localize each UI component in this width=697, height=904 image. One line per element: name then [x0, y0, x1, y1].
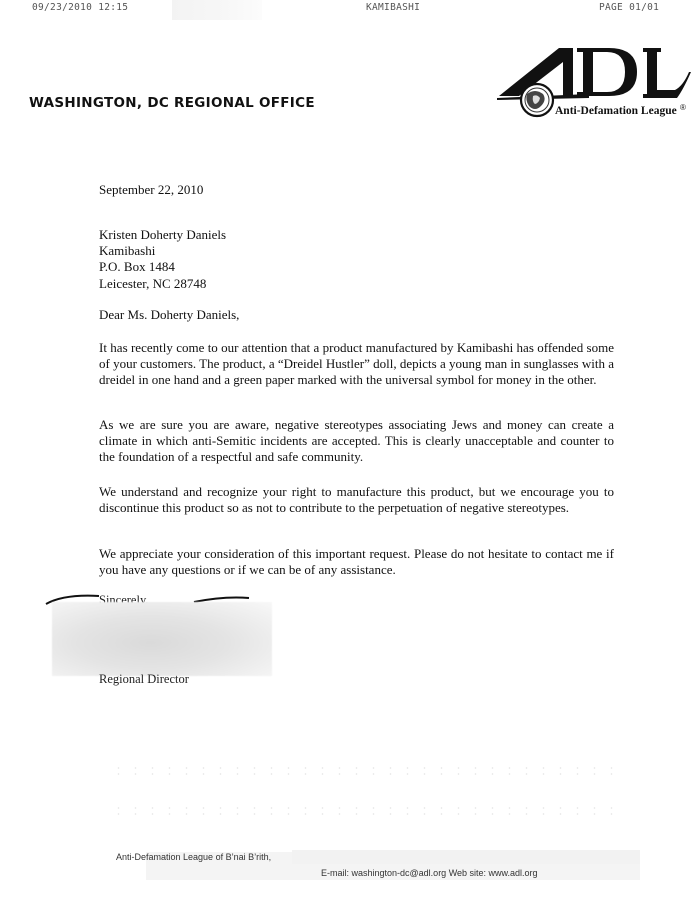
recipient-po-box: P.O. Box 1484: [99, 259, 614, 275]
fax-sender: KAMIBASHI: [366, 2, 420, 13]
signer-title: Regional Director: [99, 672, 189, 687]
redacted-fax-number: [172, 0, 262, 20]
adl-globe-logo-icon: Anti-Defamation League ®: [497, 42, 692, 122]
adl-logo: Anti-Defamation League ®: [497, 42, 692, 122]
body-paragraph-2: As we are sure you are aware, negative s…: [99, 417, 614, 466]
redacted-signature: [52, 602, 272, 676]
footer-organization: Anti-Defamation League of B’nai B’rith,: [116, 852, 271, 862]
svg-text:Anti-Defamation League: Anti-Defamation League: [555, 105, 677, 117]
recipient-address: Kristen Doherty Daniels Kamibashi P.O. B…: [99, 227, 614, 292]
recipient-city-state-zip: Leicester, NC 28748: [99, 276, 614, 292]
body-paragraph-3: We understand and recognize your right t…: [99, 484, 614, 516]
salutation: Dear Ms. Doherty Daniels,: [99, 307, 614, 323]
svg-text:®: ®: [680, 103, 686, 112]
office-title: WASHINGTON, DC REGIONAL OFFICE: [29, 95, 315, 111]
recipient-company: Kamibashi: [99, 243, 614, 259]
faded-address-line: [110, 765, 620, 777]
redacted-footer-address: [292, 850, 640, 864]
fax-timestamp: 09/23/2010 12:15: [32, 2, 128, 13]
faded-address-line: [110, 805, 620, 817]
footer-contact: E-mail: washington-dc@adl.org Web site: …: [321, 868, 538, 878]
recipient-name: Kristen Doherty Daniels: [99, 227, 614, 243]
body-paragraph-1: It has recently come to our attention th…: [99, 340, 614, 389]
letter-date: September 22, 2010: [99, 182, 614, 198]
body-paragraph-4: We appreciate your consideration of this…: [99, 546, 614, 578]
fax-page-count: PAGE 01/01: [599, 2, 659, 13]
fax-header: 09/23/2010 12:15 KAMIBASHI PAGE 01/01: [0, 2, 697, 16]
